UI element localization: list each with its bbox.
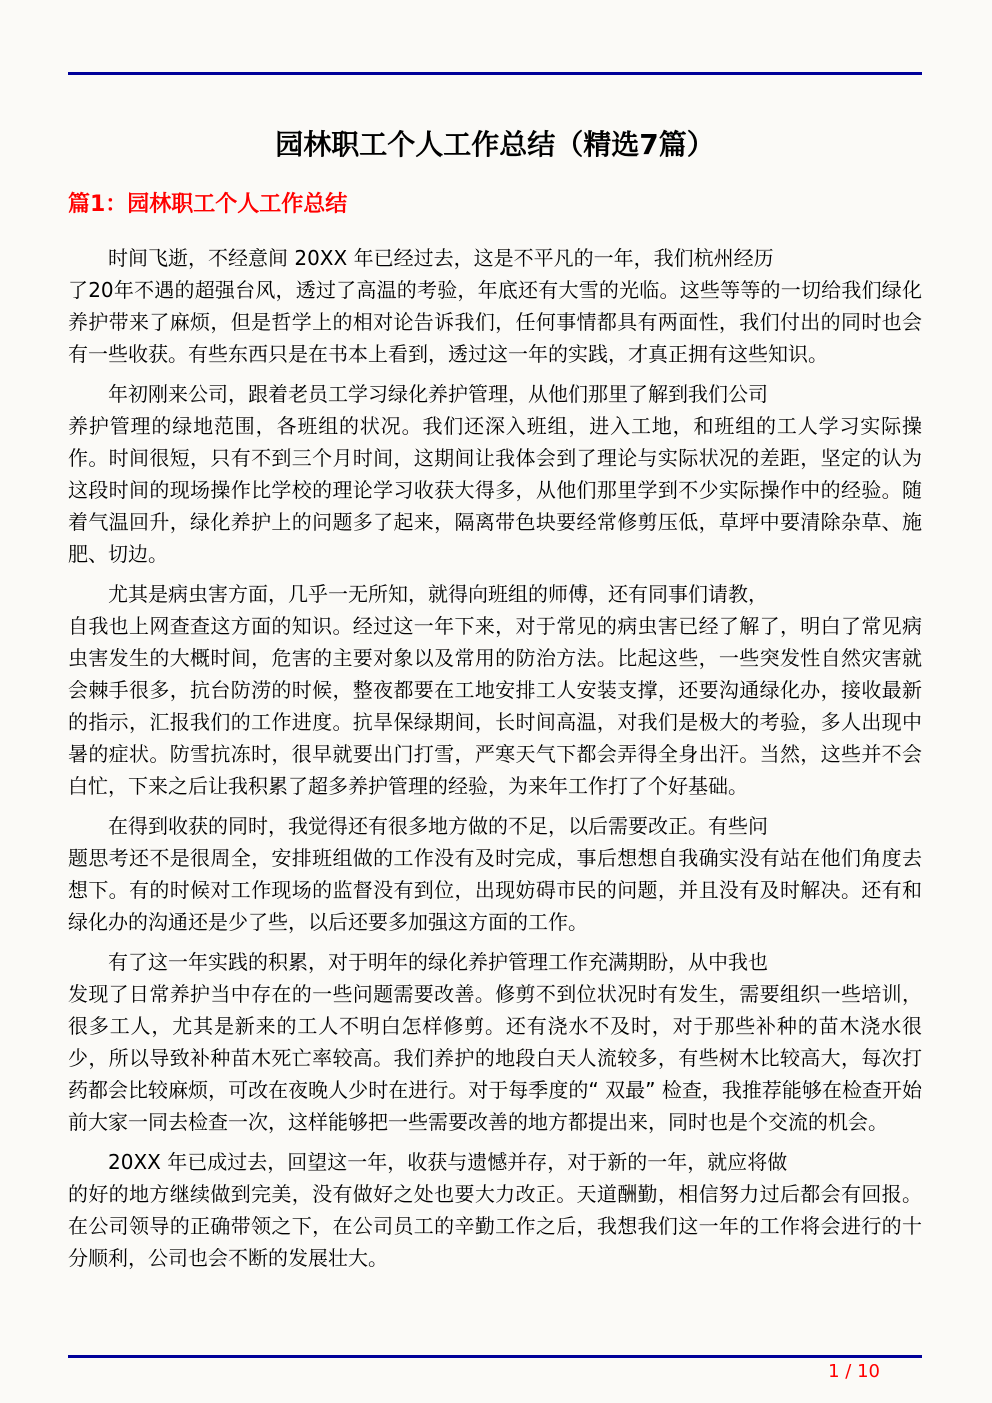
paragraph: 有了这一年实践的积累，对于明年的绿化养护管理工作充满期盼，从中我也 发现了日常养… (68, 946, 922, 1138)
paragraph: 在得到收获的同时，我觉得还有很多地方做的不足，以后需要改正。有些问 题思考还不是… (68, 810, 922, 938)
page-footer: 1 / 10 (68, 1355, 922, 1383)
article-body: 时间飞逝，不经意间 20XX 年已经过去，这是不平凡的一年，我们杭州经历 了20… (68, 242, 922, 1274)
page-number: 1 / 10 (68, 1361, 922, 1383)
section-heading: 篇1：园林职工个人工作总结 (68, 191, 922, 219)
paragraph: 时间飞逝，不经意间 20XX 年已经过去，这是不平凡的一年，我们杭州经历 了20… (68, 242, 922, 370)
document-page: { "theme": { "page_bg": "#fbfaf7", "rule… (0, 0, 992, 1403)
top-divider-line (68, 72, 922, 75)
document-title: 园林职工个人工作总结（精选7篇） (68, 125, 922, 165)
paragraph: 尤其是病虫害方面，几乎一无所知，就得向班组的师傅，还有同事们请教， 自我也上网查… (68, 578, 922, 802)
paragraph: 20XX 年已成过去，回望这一年，收获与遗憾并存，对于新的一年，就应将做 的好的… (68, 1146, 922, 1274)
paragraph: 年初刚来公司，跟着老员工学习绿化养护管理，从他们那里了解到我们公司 养护管理的绿… (68, 378, 922, 570)
